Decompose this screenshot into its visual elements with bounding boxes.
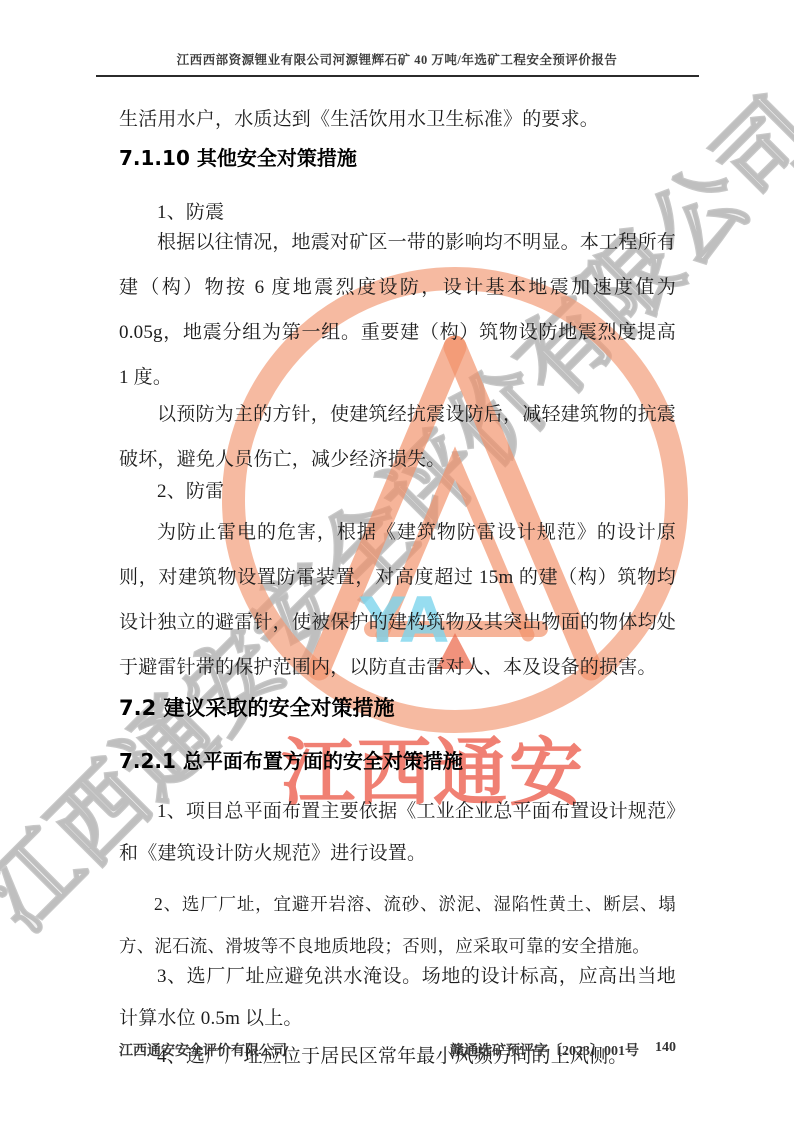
paragraph-layout-1: 1、项目总平面布置主要依据《工业企业总平面布置设计规范》和《建筑设计防火规范》进… [119,791,676,875]
paragraph-earthquake-2: 以预防为主的方针，使建筑经抗震设防后，减轻建筑物的抗震破坏，避免人员伤亡，减少经… [119,392,676,482]
paragraph-continuation: 生活用水户，水质达到《生活饮用水卫生标准》的要求。 [119,97,676,142]
footer-right: 赣通选矿预评字〔2023〕001号 140 [450,1040,676,1060]
paragraph-earthquake-1: 根据以往情况，地震对矿区一带的影响均不明显。本工程所有建（构）物按 6 度地震烈… [119,220,676,400]
footer-doc-number: 赣通选矿预评字〔2023〕001号 [450,1040,639,1060]
document-body: 生活用水户，水质达到《生活饮用水卫生标准》的要求。 7.1.10 其他安全对策措… [119,0,676,1078]
paragraph-layout-2: 2、选厂厂址，宜避开岩溶、流砂、淤泥、湿陷性黄土、断层、塌方、泥石流、滑坡等不良… [119,883,676,967]
document-page: 江西通安安全评价有限公司 YA 江西通安 江西西部资源锂业有限公司河源锂辉石矿 … [0,0,794,1123]
footer-page-number: 140 [655,1040,676,1060]
paragraph-lightning: 为防止雷电的危害，根据《建筑物防雷设计规范》的设计原则，对建筑物设置防雷装置，对… [119,510,676,690]
paragraph-layout-3: 3、选厂厂址应避免洪水淹设。场地的设计标高，应高出当地计算水位 0.5m 以上。 [119,956,676,1040]
section-heading-7-2-1: 7.2.1 总平面布置方面的安全对策措施 [119,746,676,776]
page-footer: 江西通安安全评价有限公司 赣通选矿预评字〔2023〕001号 140 [119,1040,676,1060]
section-heading-7-2: 7.2 建议采取的安全对策措施 [119,693,676,723]
section-heading-7-1-10: 7.1.10 其他安全对策措施 [119,143,676,173]
footer-company: 江西通安安全评价有限公司 [119,1040,287,1060]
